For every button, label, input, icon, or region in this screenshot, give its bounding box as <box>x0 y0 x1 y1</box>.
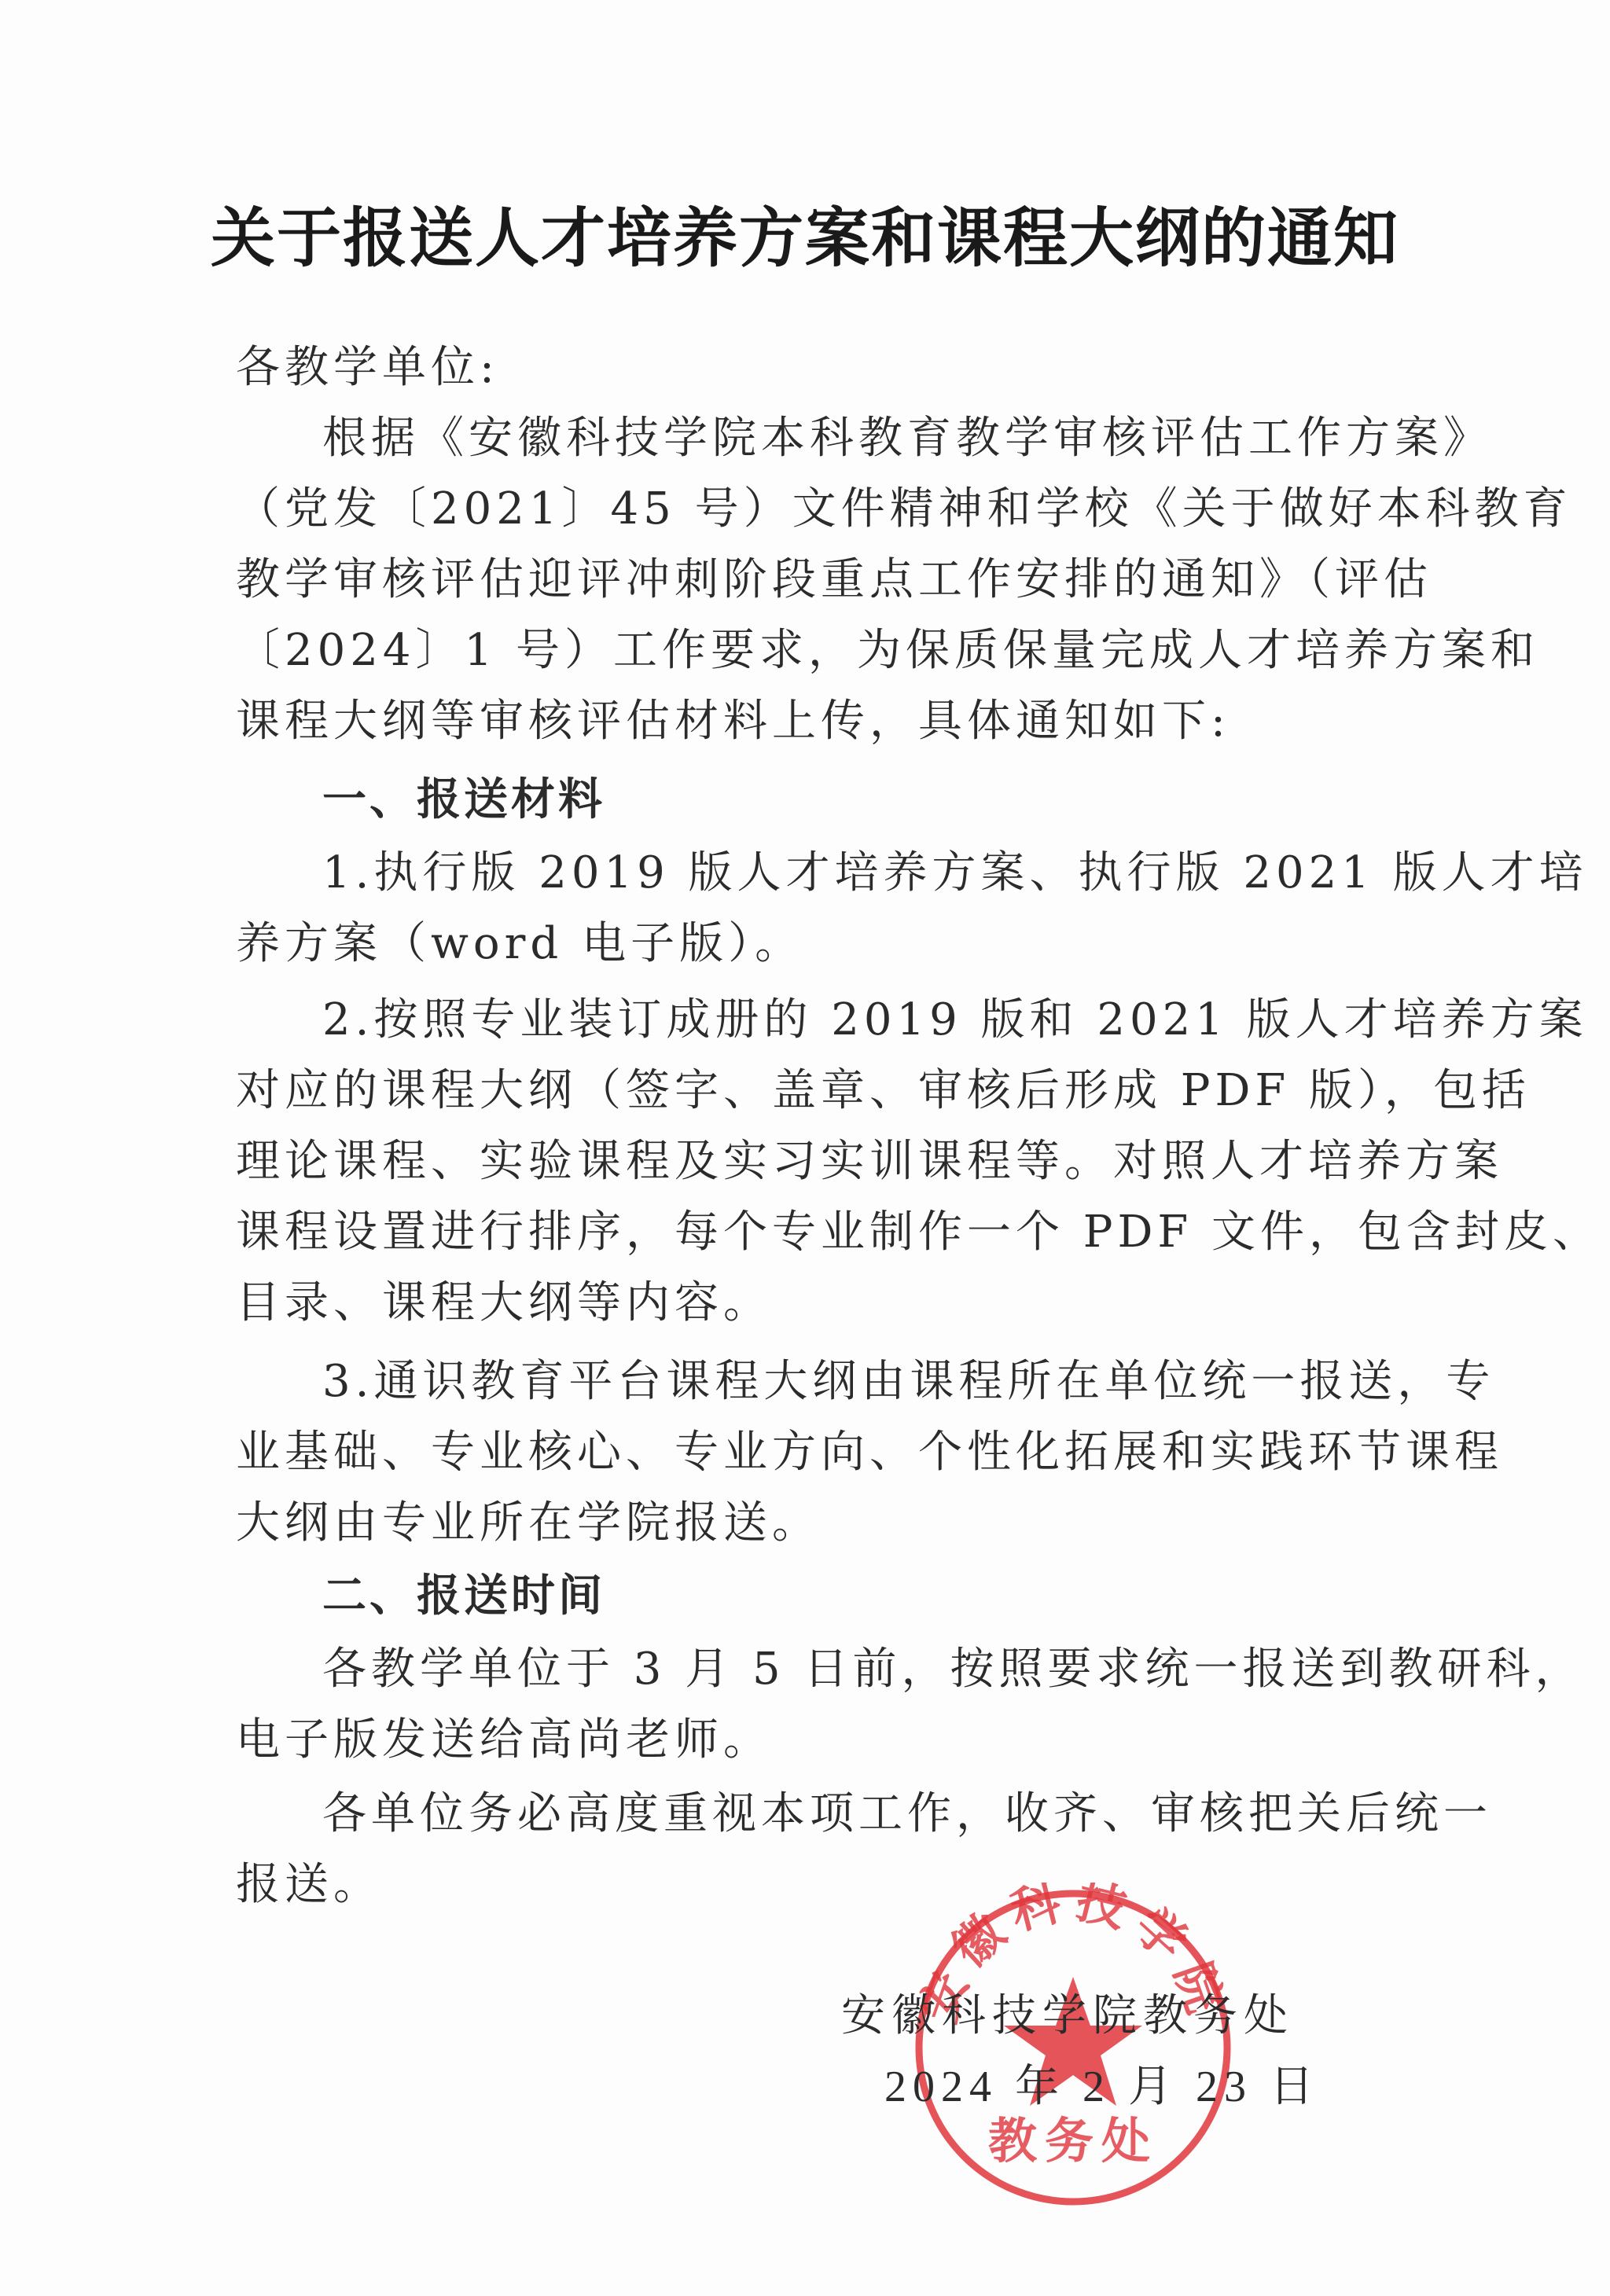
section-heading-deadline: 二、报送时间 <box>322 1568 1384 1625</box>
seal-bottom-text: 教务处 <box>988 2112 1158 2169</box>
intro-line: 教学审核评估迎评冲刺阶段重点工作安排的通知》（评估 <box>236 552 1384 608</box>
item3-line: 大纲由专业所在学院报送。 <box>236 1495 1384 1552</box>
seal-icon: 安徽科技学院 教务处 <box>908 1883 1238 2213</box>
item2-line: 目录、课程大纲等内容。 <box>236 1275 1384 1332</box>
issuer-name: 安徽科技学院教务处 <box>841 1981 1294 2044</box>
salutation: 各教学单位: <box>236 340 1384 396</box>
item2-line: 理论课程、实验课程及实习实训课程等。对照人才培养方案 <box>236 1133 1384 1190</box>
document-page: 关于报送人才培养方案和课程大纲的通知 各教学单位: 根据《安徽科技学院本科教育教… <box>0 0 1610 2296</box>
intro-line: 根据《安徽科技学院本科教育教学审核评估工作方案》 <box>322 410 1384 467</box>
item2-line: 对应的课程大纲（签字、盖章、审核后形成 PDF 版），包括 <box>236 1063 1384 1119</box>
section-heading-materials: 一、报送材料 <box>322 772 1384 828</box>
item2-line: 2.按照专业装订成册的 2019 版和 2021 版人才培养方案 <box>322 992 1384 1049</box>
item1-line: 养方案（word 电子版）。 <box>236 916 1384 972</box>
deadline-line: 电子版发送给高尚老师。 <box>236 1712 1384 1769</box>
issue-date: 2024 年 2 月 23 日 <box>884 2052 1320 2114</box>
document-title: 关于报送人才培养方案和课程大纲的通知 <box>0 187 1610 279</box>
item3-line: 3.通识教育平台课程大纲由课程所在单位统一报送，专 <box>322 1354 1384 1410</box>
item3-line: 业基础、专业核心、专业方向、个性化拓展和实践环节课程 <box>236 1424 1384 1481</box>
item1-line: 1.执行版 2019 版人才培养方案、执行版 2021 版人才培 <box>322 845 1384 902</box>
official-seal: 安徽科技学院 教务处 <box>908 1883 1238 2213</box>
intro-line: （党发〔2021〕45 号）文件精神和学校《关于做好本科教育 <box>236 481 1384 538</box>
deadline-line: 各教学单位于 3 月 5 日前，按照要求统一报送到教研科， <box>322 1641 1384 1698</box>
intro-line: 课程大纲等审核评估材料上传，具体通知如下: <box>236 693 1384 750</box>
intro-line: 〔2024〕1 号）工作要求，为保质保量完成人才培养方案和 <box>236 623 1384 679</box>
closing-line: 各单位务必高度重视本项工作，收齐、审核把关后统一 <box>322 1786 1384 1842</box>
item2-line: 课程设置进行排序，每个专业制作一个 PDF 文件，包含封皮、 <box>236 1204 1384 1261</box>
